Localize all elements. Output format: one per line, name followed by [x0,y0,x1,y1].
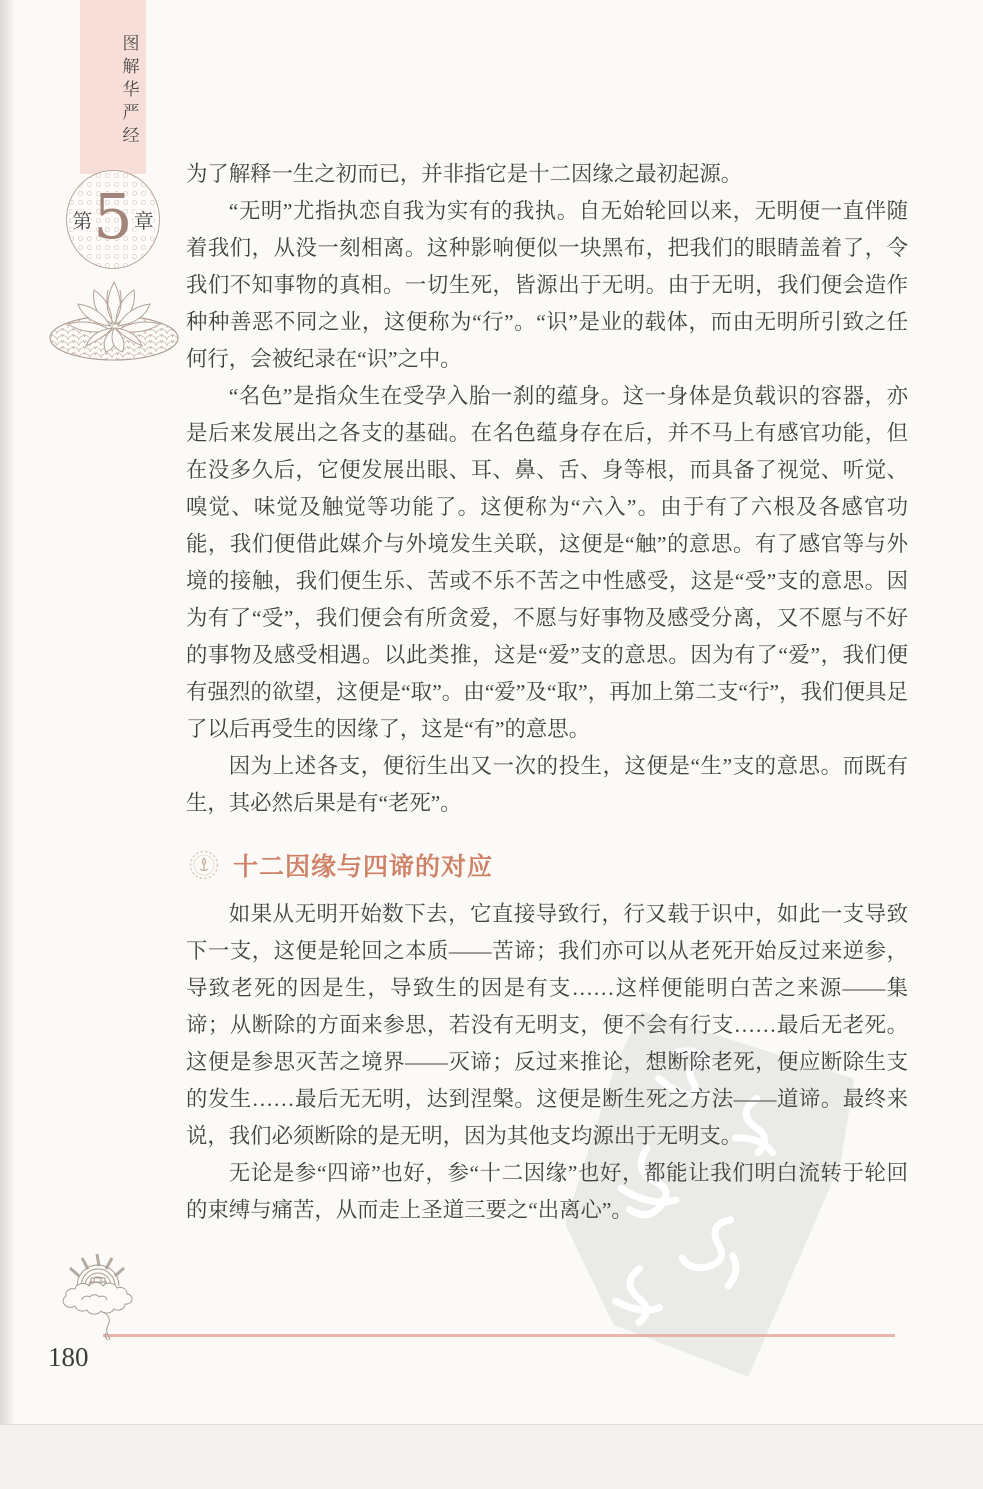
body-paragraph: 为了解释一生之初而已，并非指它是十二因缘之最初起源。 [186,156,908,193]
body-paragraph: 因为上述各支，便衍生出又一次的投生，这便是“生”支的意思。而既有生，其必然后果是… [186,748,908,822]
scan-edge-left [0,0,16,1489]
body-paragraph: 无论是参“四谛”也好，参“十二因缘”也好，都能让我们明白流转于轮回的束缚与痛苦，… [186,1155,908,1229]
section-heading: 十二因缘与四谛的对应 [233,847,493,883]
body-paragraph: “无明”尤指执恋自我为实有的我执。自无始轮回以来，无明便一直伴随着我们，从没一刻… [186,193,908,378]
book-page: 图解华严经 第 5 章 [0,0,983,1489]
book-title-vertical: 图解华严经 [96,34,162,164]
body-paragraph: “名色”是指众生在受孕入胎一刹的蕴身。这一身体是负载识的容器，亦是后来发展出之各… [186,378,908,748]
chapter-prefix: 第 [72,205,92,234]
chapter-number: 5 [93,186,132,248]
lotus-seal-icon [188,849,220,881]
chapter-suffix: 章 [134,205,154,234]
cloud-stupa-ornament [52,1248,144,1340]
main-text-column: 为了解释一生之初而已，并非指它是十二因缘之最初起源。 “无明”尤指执恋自我为实有… [186,156,908,1229]
scan-edge-bottom [0,1424,983,1489]
body-paragraph: 如果从无明开始数下去，它直接导致行，行又载于识中，如此一支导致下一支，这便是轮回… [186,896,908,1155]
lotus-illustration [46,268,182,364]
footer-rule [103,1334,895,1337]
page-number: 180 [48,1342,89,1373]
section-heading-row: 十二因缘与四谛的对应 [188,847,908,883]
chapter-badge: 第 5 章 [66,170,160,269]
